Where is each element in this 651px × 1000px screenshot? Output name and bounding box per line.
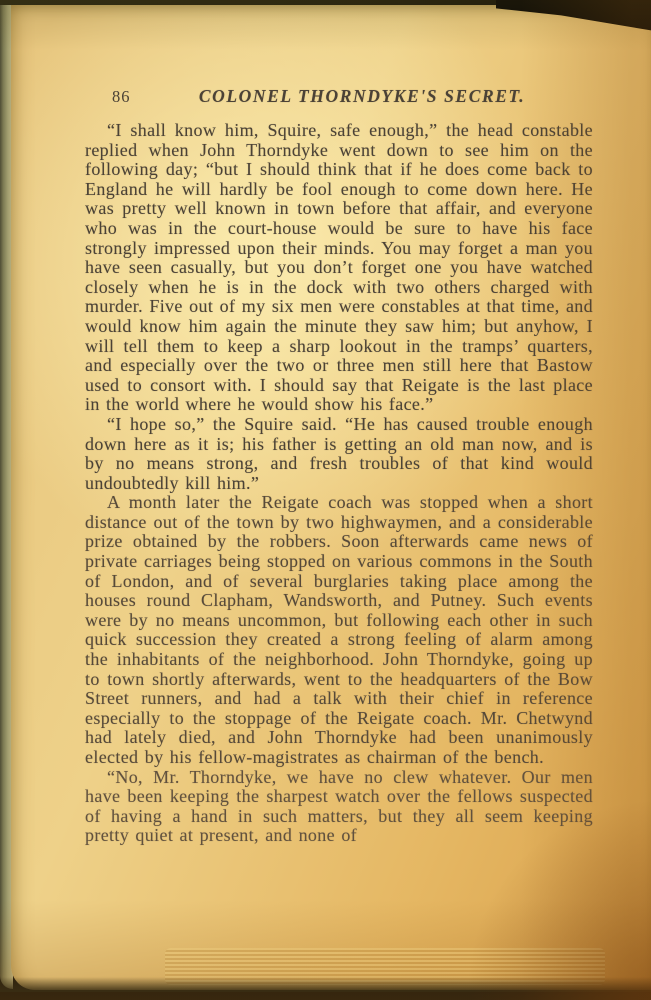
running-title: COLONEL THORNDYKE'S SECRET.	[11, 86, 651, 107]
book-page-scan: 86 COLONEL THORNDYKE'S SECRET. “I shall …	[0, 0, 651, 1000]
bottom-shadow	[0, 977, 651, 992]
paragraph-3: A month later the Reigate coach was stop…	[85, 493, 593, 767]
paragraph-4: “No, Mr. Thorndyke, we have no clew what…	[85, 768, 593, 846]
paragraph-2: “I hope so,” the Squire said. “He has ca…	[85, 415, 593, 493]
body-text: “I shall know him, Squire, safe enough,”…	[85, 121, 593, 846]
paragraph-1: “I shall know him, Squire, safe enough,”…	[85, 121, 593, 415]
book-page: 86 COLONEL THORNDYKE'S SECRET. “I shall …	[11, 4, 651, 990]
